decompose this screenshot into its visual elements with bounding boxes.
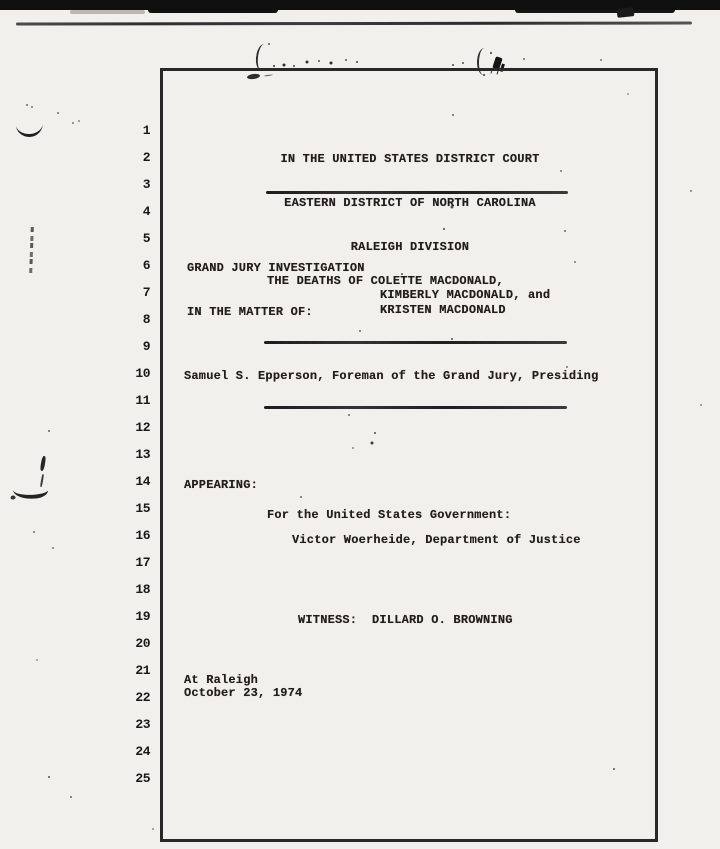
deaths-line-3: KRISTEN MACDONALD [380, 303, 506, 318]
foreman-line: Samuel S. Epperson, Foreman of the Grand… [184, 369, 598, 384]
pen-curve-mark-top [16, 120, 44, 137]
scanner-edge-bar [0, 0, 720, 10]
case-title-line-2: IN THE MATTER OF: [187, 305, 365, 320]
line-number: 12 [122, 421, 150, 434]
deaths-line-1: THE DEATHS OF COLETTE MACDONALD, [267, 274, 504, 289]
underline-rule-3 [264, 406, 567, 409]
line-number: 1 [122, 124, 150, 137]
line-number-column: 1234567891011121314151617181920212223242… [126, 0, 154, 849]
line-number: 2 [122, 151, 150, 164]
appearing-for-line: For the United States Government: [267, 508, 511, 523]
line-number: 10 [122, 367, 150, 380]
line-number: 17 [122, 556, 150, 569]
line-number: 7 [122, 286, 150, 299]
scan-ink-mark [617, 7, 635, 18]
court-heading-line-2: EASTERN DISTRICT OF NORTH CAROLINA [277, 196, 543, 211]
underline-rule-1 [266, 191, 568, 194]
scanned-transcript-page: 1234567891011121314151617181920212223242… [0, 0, 720, 849]
line-number: 24 [122, 745, 150, 758]
appearing-label: APPEARING: [184, 478, 258, 493]
line-number: 5 [122, 232, 150, 245]
line-number: 14 [122, 475, 150, 488]
line-number: 19 [122, 610, 150, 623]
line-number: 3 [122, 178, 150, 191]
pen-squiggle-mark [29, 227, 34, 274]
scan-noise-specks [0, 0, 2, 2]
line-number: 15 [122, 502, 150, 515]
line-number: 16 [122, 529, 150, 542]
witness-line: WITNESS: DILLARD O. BROWNING [298, 613, 513, 628]
line-number: 20 [122, 637, 150, 650]
line-number: 6 [122, 259, 150, 272]
line-number: 21 [122, 664, 150, 677]
line-number: 23 [122, 718, 150, 731]
underline-rule-2 [264, 341, 567, 344]
line-number: 11 [122, 394, 150, 407]
appearing-counsel-line: Victor Woerheide, Department of Justice [292, 533, 581, 548]
line-number: 18 [122, 583, 150, 596]
case-caption: GRAND JURY INVESTIGATION IN THE MATTER O… [187, 232, 365, 349]
deaths-line-2: KIMBERLY MACDONALD, and [380, 288, 550, 303]
line-number: 4 [122, 205, 150, 218]
line-number: 25 [122, 772, 150, 785]
line-number: 22 [122, 691, 150, 704]
pen-tick-mark [40, 456, 47, 471]
line-number: 13 [122, 448, 150, 461]
court-heading-line-1: IN THE UNITED STATES DISTRICT COURT [277, 152, 543, 167]
horizontal-rule-artifact [16, 22, 692, 26]
date-line: October 23, 1974 [184, 686, 302, 701]
pen-curve-mark-middle [12, 481, 48, 501]
line-number: 9 [122, 340, 150, 353]
line-number: 8 [122, 313, 150, 326]
